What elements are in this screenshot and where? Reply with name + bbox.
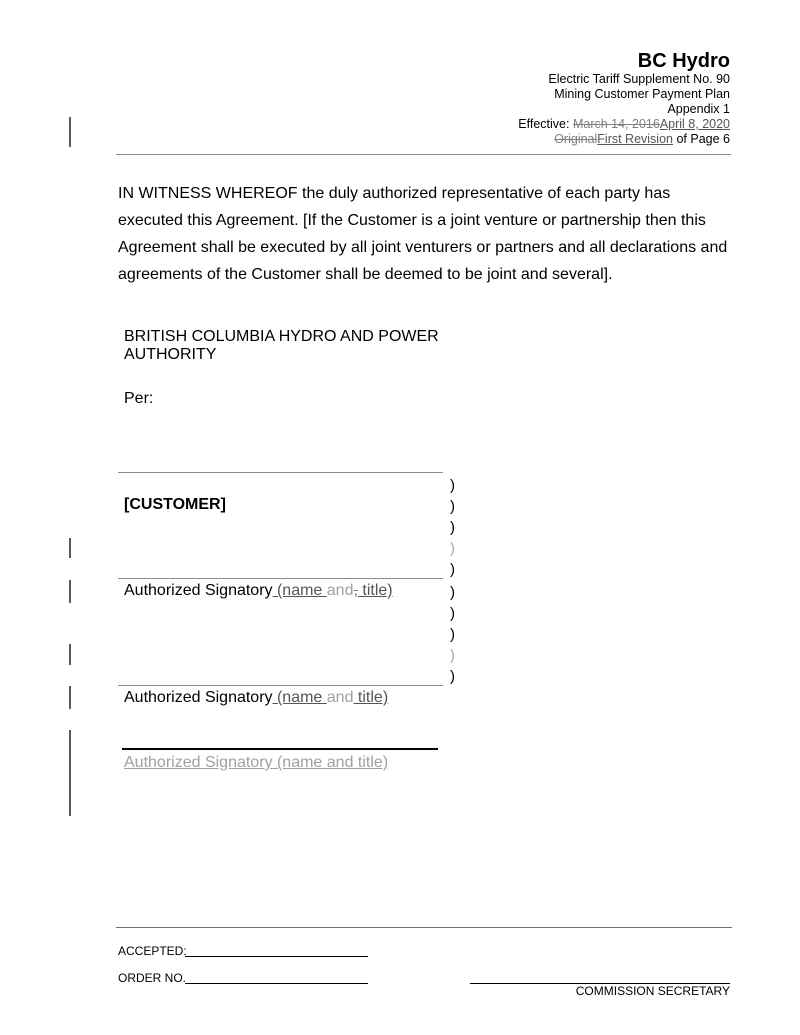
appendix-label: Appendix 1: [667, 102, 730, 117]
bch-name-line2: AUTHORITY: [124, 346, 216, 364]
effective-date-inserted: April 8, 2020: [660, 117, 730, 131]
commission-secretary-label: COMMISSION SECRETARY: [576, 984, 730, 998]
paren: ): [450, 624, 455, 645]
page-suffix: of Page 6: [673, 132, 730, 146]
paren: ): [450, 666, 455, 687]
accepted-label: ACCEPTED:: [118, 944, 187, 958]
bch-name-line1: BRITISH COLUMBIA HYDRO AND POWER: [124, 328, 439, 346]
paren: ): [450, 559, 455, 580]
footer-rule: [116, 927, 732, 928]
signatory-1-and: and: [327, 582, 354, 599]
paren: ): [450, 475, 455, 496]
revision-inserted: First Revision: [597, 132, 673, 146]
effective-label: Effective:: [518, 117, 573, 131]
paren: ): [450, 496, 455, 517]
tariff-supplement: Electric Tariff Supplement No. 90: [548, 72, 730, 87]
revision-deleted: Original: [554, 132, 597, 146]
signature-line-3: [122, 748, 438, 750]
effective-date-deleted: March 14, 2016: [573, 117, 660, 131]
change-bar: [69, 580, 71, 603]
signatory-2-and: and: [327, 689, 354, 706]
company-name: BC Hydro: [638, 49, 730, 73]
signatory-2-label: Authorized Signatory: [124, 689, 273, 706]
change-bar: [69, 644, 71, 665]
accepted-line: [185, 956, 368, 957]
signatory-1-name: (name: [273, 582, 327, 599]
signature-line-2: [118, 685, 443, 686]
change-bar: [69, 730, 71, 816]
plan-name: Mining Customer Payment Plan: [554, 87, 730, 102]
change-bar: [69, 538, 71, 558]
bch-signature-line: [118, 472, 443, 473]
revision-line: OriginalFirst Revision of Page 6: [554, 132, 730, 147]
per-label: Per:: [124, 390, 153, 408]
paren-inserted: ): [450, 538, 455, 559]
order-label: ORDER NO.: [118, 971, 186, 985]
order-line: [185, 983, 368, 984]
customer-label: [CUSTOMER]: [124, 496, 226, 514]
effective-date: Effective: March 14, 2016April 8, 2020: [518, 117, 730, 132]
signatory-1-label: Authorized Signatory: [124, 582, 273, 599]
signatory-1-title: title): [358, 582, 393, 599]
signatory-2-title: title): [353, 689, 388, 706]
paren: ): [450, 603, 455, 624]
paren: ): [450, 582, 455, 603]
change-bar: [69, 686, 71, 709]
signatory-1: Authorized Signatory (name and, title): [124, 582, 393, 600]
signatory-2: Authorized Signatory (name and title): [124, 689, 388, 707]
paren-inserted: ): [450, 645, 455, 666]
paren: ): [450, 517, 455, 538]
header-rule: [116, 154, 731, 155]
signature-line-1: [118, 578, 443, 579]
change-bar: [69, 117, 71, 147]
signatory-3: Authorized Signatory (name and title): [124, 754, 388, 772]
signatory-2-name: (name: [273, 689, 327, 706]
witness-paragraph: IN WITNESS WHEREOF the duly authorized r…: [118, 180, 738, 288]
